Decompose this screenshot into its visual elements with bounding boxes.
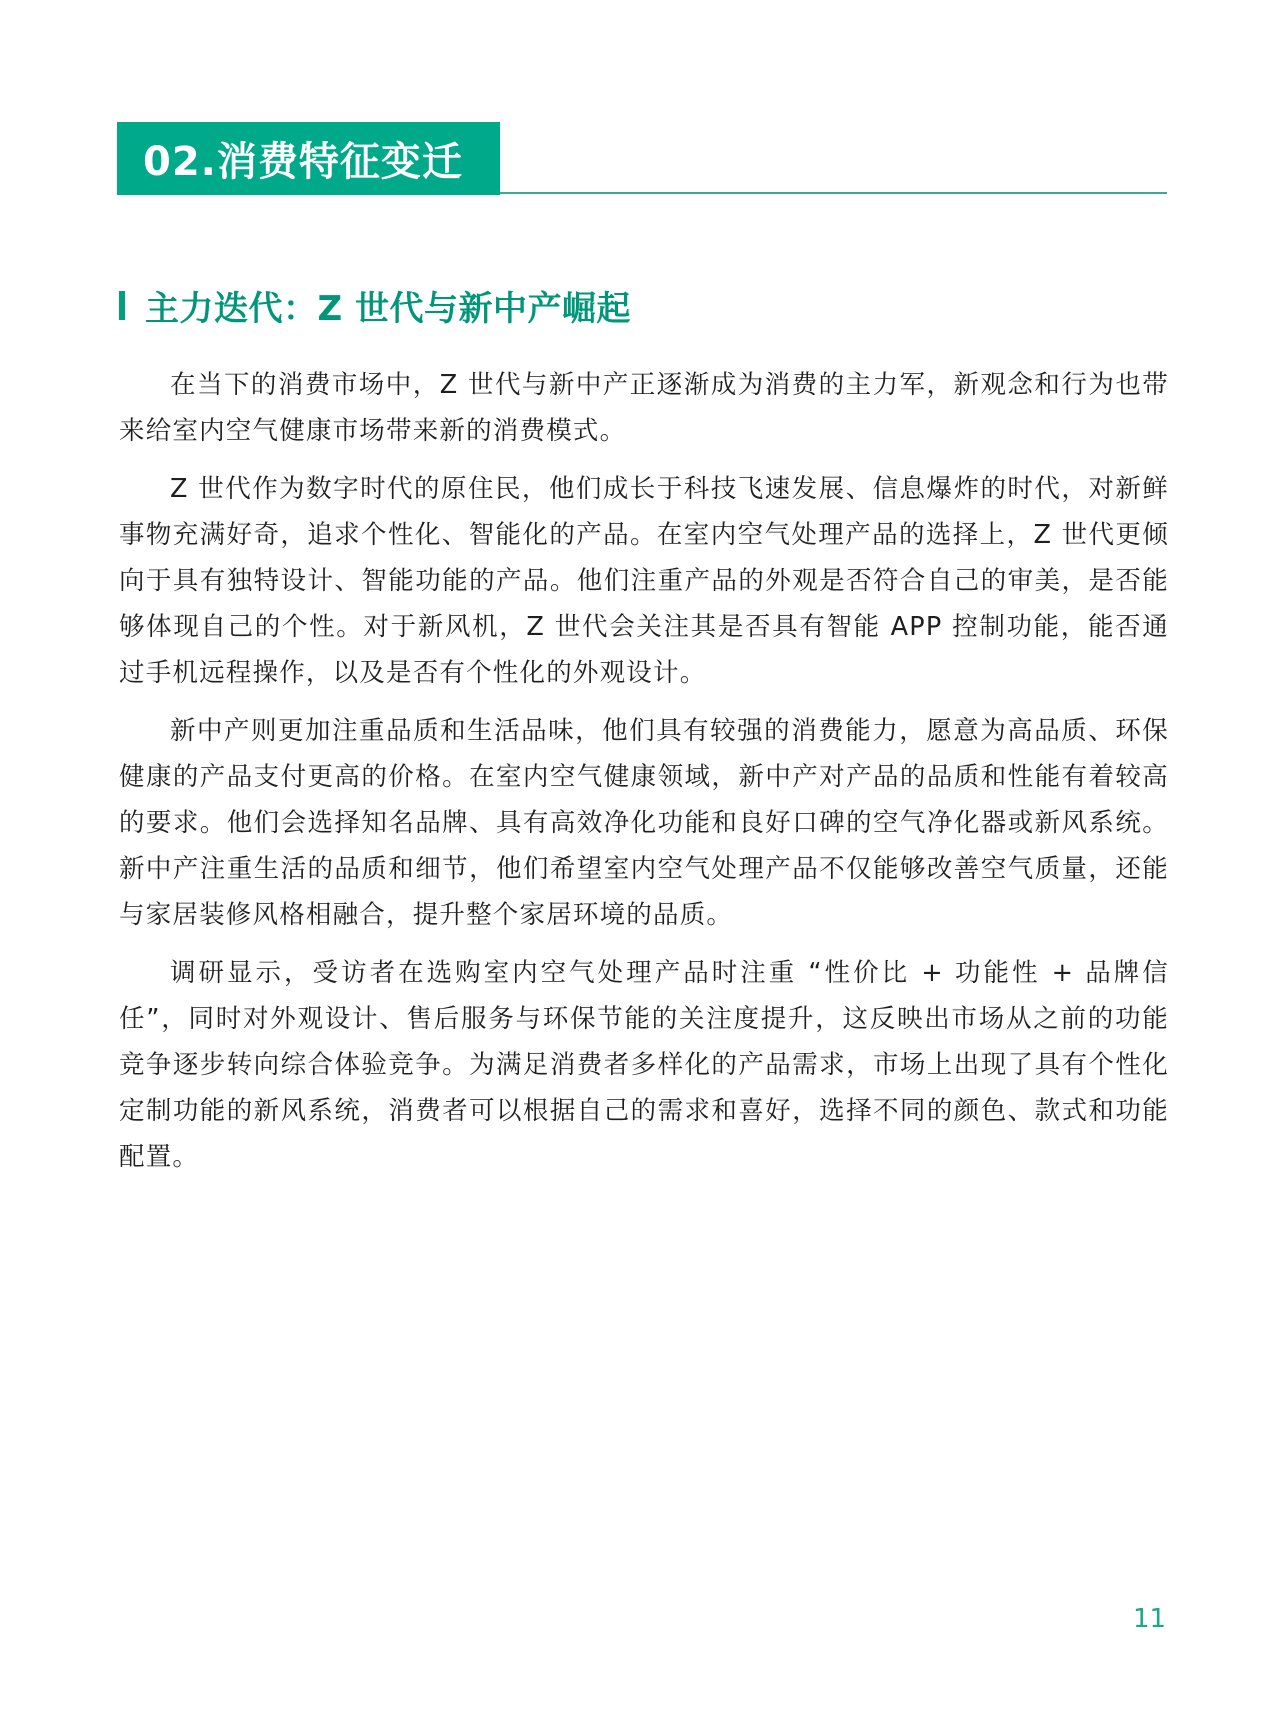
section-divider xyxy=(500,192,1167,194)
subsection-title: 主力迭代：Z 世代与新中产崛起 xyxy=(145,281,631,330)
subsection-heading: 主力迭代：Z 世代与新中产崛起 xyxy=(119,280,631,330)
page-number: 11 xyxy=(1133,1604,1166,1634)
paragraph-intro: 在当下的消费市场中，Z 世代与新中产正逐渐成为消费的主力军，新观念和行为也带来给… xyxy=(119,362,1169,454)
section-header: 02.消费特征变迁 xyxy=(117,122,1167,196)
paragraph-new-middle-class: 新中产则更加注重品质和生活品味，他们具有较强的消费能力，愿意为高品质、环保健康的… xyxy=(119,708,1169,938)
section-title-box: 02.消费特征变迁 xyxy=(117,122,500,195)
paragraph-gen-z: Z 世代作为数字时代的原住民，他们成长于科技飞速发展、信息爆炸的时代，对新鲜事物… xyxy=(119,466,1169,696)
body-text: 在当下的消费市场中，Z 世代与新中产正逐渐成为消费的主力军，新观念和行为也带来给… xyxy=(119,362,1169,1192)
section-title: 02.消费特征变迁 xyxy=(117,130,463,187)
paragraph-survey: 调研显示，受访者在选购室内空气处理产品时注重 “性价比 + 功能性 + 品牌信任… xyxy=(119,950,1169,1180)
heading-accent-bar xyxy=(119,291,125,320)
